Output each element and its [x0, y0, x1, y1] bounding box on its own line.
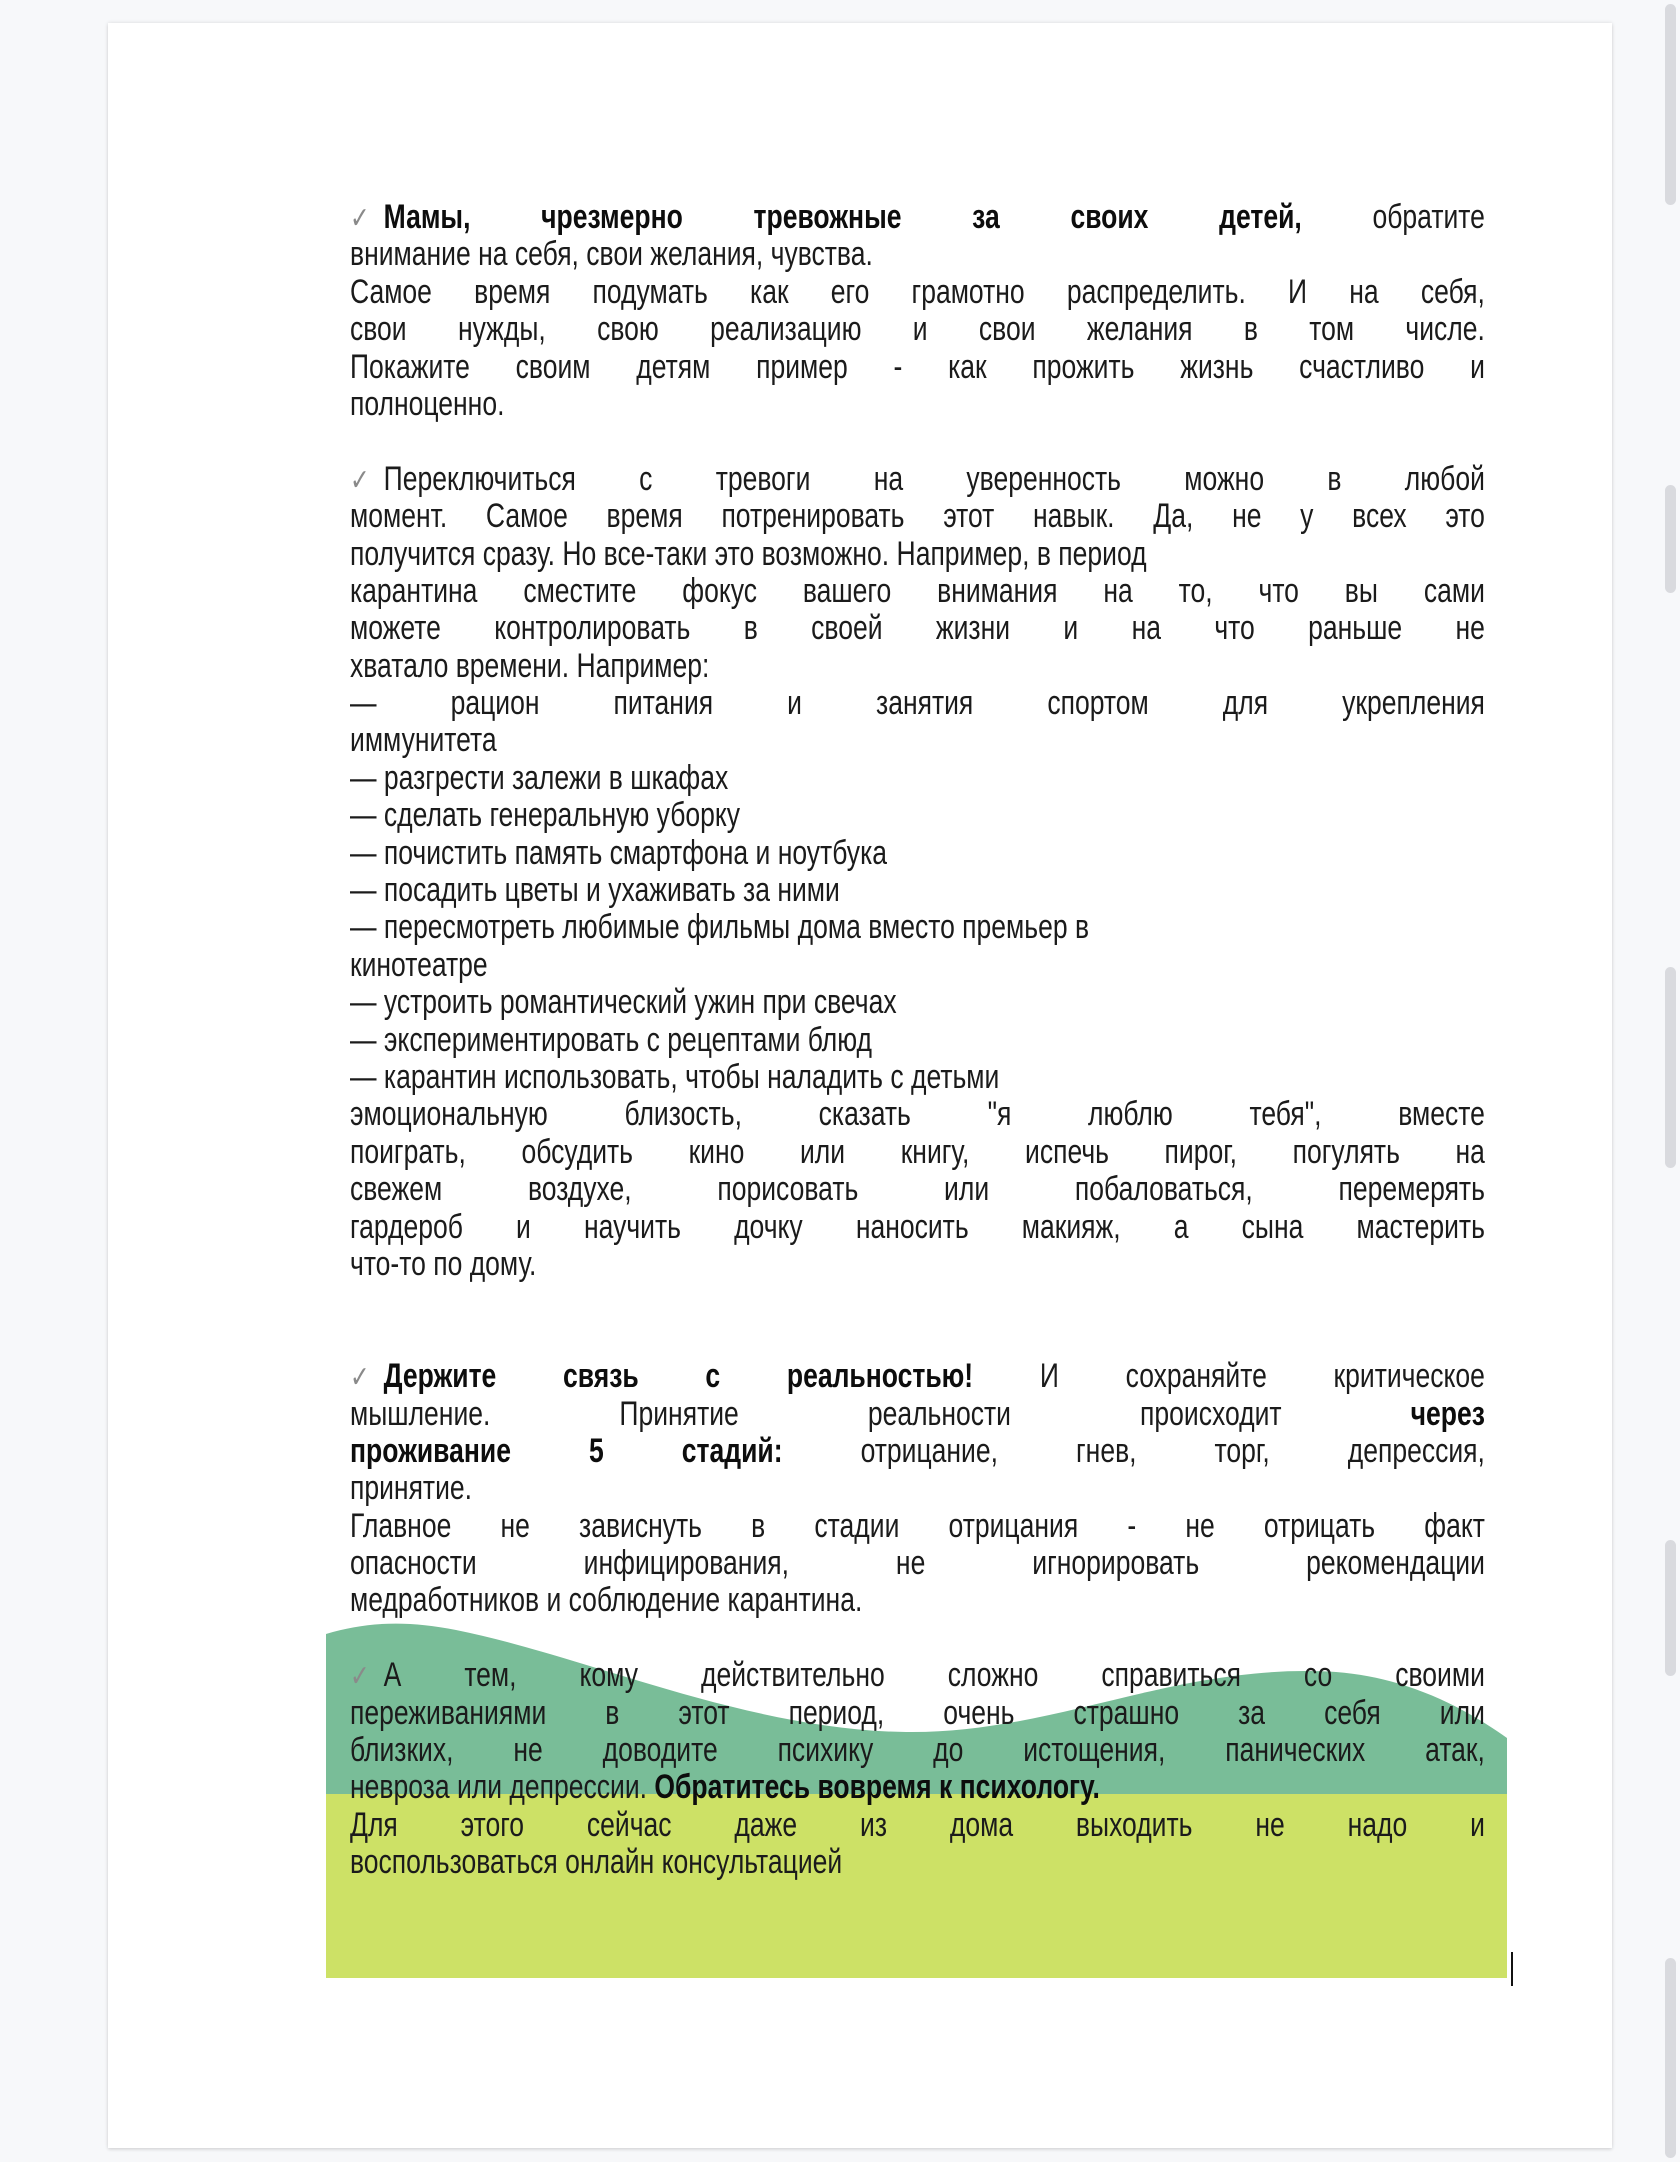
text-line: — сделать генеральную уборку	[350, 797, 1485, 834]
text-run: Покажите своим детям пример - как прожит…	[350, 349, 1485, 386]
text-run: Для этого сейчас даже из дома выходить н…	[350, 1807, 1485, 1844]
text-line: — разгрести залежи в шкафах	[350, 760, 1485, 797]
text-line: внимание на себя, свои желания, чувства.	[350, 236, 1485, 273]
text-line: мышление. Принятие реальности происходит…	[350, 1396, 1485, 1433]
text-line: Главное не зависнуть в стадии отрицания …	[350, 1508, 1485, 1545]
blank-line	[350, 1283, 1485, 1320]
text-run: карантина сместите фокус вашего внимания…	[350, 573, 1485, 610]
text-run: — устроить романтический ужин при свечах	[350, 983, 897, 1021]
text-line: ✓Переключиться с тревоги на уверенность …	[350, 461, 1485, 498]
text-run: отрицание, гнев, торг, депрессия,	[783, 1433, 1485, 1470]
text-run: внимание на себя, свои желания, чувства.	[350, 235, 873, 273]
text-cursor	[1511, 1952, 1513, 1986]
bold-text: проживание 5 стадий:	[350, 1433, 783, 1470]
text-line: воспользоваться онлайн консультацией	[350, 1844, 1485, 1881]
text-line: переживаниями в этот период, очень страш…	[350, 1695, 1485, 1732]
text-line: ✓Мамы, чрезмерно тревожные за своих дете…	[350, 199, 1485, 236]
text-line: медработников и соблюдение карантина.	[350, 1582, 1485, 1619]
text-line: свежем воздухе, порисовать или побаловат…	[350, 1171, 1485, 1208]
text-lines: ✓Мамы, чрезмерно тревожные за своих дете…	[350, 199, 1485, 1882]
text-line: кинотеатре	[350, 947, 1485, 984]
text-line: опасности инфицирования, не игнорировать…	[350, 1545, 1485, 1582]
check-mark-icon: ✓	[350, 1359, 370, 1395]
text-line: получится сразу. Но все-таки это возможн…	[350, 536, 1485, 573]
scrollbar-marker[interactable]	[1665, 967, 1676, 1168]
text-line: Покажите своим детям пример - как прожит…	[350, 349, 1485, 386]
blank-line	[350, 1321, 1485, 1358]
check-mark-icon: ✓	[350, 1658, 370, 1694]
text-line: — рацион питания и занятия спортом для у…	[350, 685, 1485, 722]
text-line: — пересмотреть любимые фильмы дома вмест…	[350, 909, 1485, 946]
scrollbar-marker[interactable]	[1665, 1958, 1676, 2158]
text-run: иммунитета	[350, 721, 497, 759]
text-run: — сделать генеральную уборку	[350, 796, 740, 834]
text-line: можете контролировать в своей жизни и на…	[350, 610, 1485, 647]
text-run: Переключиться с тревоги на уверенность м…	[384, 461, 1485, 498]
scrollbar-marker[interactable]	[1665, 1540, 1676, 1676]
text-run: медработников и соблюдение карантина.	[350, 1581, 862, 1619]
text-run: момент. Самое время потренировать этот н…	[350, 498, 1485, 535]
text-line: близких, не доводите психику до истощени…	[350, 1732, 1485, 1769]
text-line: ✓Держите связь с реальностью! И сохраняй…	[350, 1358, 1485, 1395]
bold-text: через	[1411, 1396, 1485, 1433]
text-run: — карантин использовать, чтобы наладить …	[350, 1058, 999, 1096]
text-run: Главное не зависнуть в стадии отрицания …	[350, 1508, 1485, 1545]
text-run: переживаниями в этот период, очень страш…	[350, 1695, 1485, 1732]
text-line: поиграть, обсудить кино или книгу, испеч…	[350, 1134, 1485, 1171]
text-line: ✓А тем, кому действительно сложно справи…	[350, 1657, 1485, 1694]
text-run: — почистить память смартфона и ноутбука	[350, 834, 887, 872]
text-run: опасности инфицирования, не игнорировать…	[350, 1545, 1485, 1582]
text-run: что-то по дому.	[350, 1245, 536, 1283]
text-run: А тем, кому действительно сложно справит…	[384, 1657, 1485, 1694]
text-line: гардероб и научить дочку наносить макияж…	[350, 1209, 1485, 1246]
text-line: — карантин использовать, чтобы наладить …	[350, 1059, 1485, 1096]
text-line: — экспериментировать с рецептами блюд	[350, 1022, 1485, 1059]
text-run: принятие.	[350, 1469, 472, 1507]
text-run: можете контролировать в своей жизни и на…	[350, 610, 1485, 647]
text-run: получится сразу. Но все-таки это возможн…	[350, 535, 1147, 573]
scrollbar-marker[interactable]	[1665, 485, 1676, 593]
text-line: — почистить память смартфона и ноутбука	[350, 835, 1485, 872]
text-line: карантина сместите фокус вашего внимания…	[350, 573, 1485, 610]
text-line: принятие.	[350, 1470, 1485, 1507]
text-line: проживание 5 стадий: отрицание, гнев, то…	[350, 1433, 1485, 1470]
text-run: — пересмотреть любимые фильмы дома вмест…	[350, 908, 1089, 946]
bold-text: Обратитесь вовремя к психологу.	[654, 1768, 1099, 1806]
text-run: невроза или депрессии.	[350, 1768, 654, 1806]
text-run: эмоциональную близость, сказать "я люблю…	[350, 1096, 1485, 1133]
text-run: — экспериментировать с рецептами блюд	[350, 1021, 872, 1059]
scrollbar-marker[interactable]	[1665, 4, 1676, 205]
blank-line	[350, 423, 1485, 460]
bold-text: Держите связь с реальностью!	[384, 1358, 973, 1395]
text-run: мышление. Принятие реальности происходит	[350, 1396, 1411, 1433]
text-line: Самое время подумать как его грамотно ра…	[350, 274, 1485, 311]
text-run: полноценно.	[350, 385, 504, 423]
text-run: — посадить цветы и ухаживать за ними	[350, 871, 840, 909]
text-line: — устроить романтический ужин при свечах	[350, 984, 1485, 1021]
text-run: близких, не доводите психику до истощени…	[350, 1732, 1485, 1769]
check-mark-icon: ✓	[350, 462, 370, 498]
text-run: свои нужды, свою реализацию и свои желан…	[350, 311, 1485, 348]
text-line: хватало времени. Например:	[350, 648, 1485, 685]
blank-line	[350, 1620, 1485, 1657]
text-line: иммунитета	[350, 722, 1485, 759]
text-line: полноценно.	[350, 386, 1485, 423]
text-run: И сохраняйте критическое	[973, 1358, 1485, 1395]
text-run: Самое время подумать как его грамотно ра…	[350, 274, 1485, 311]
text-line: момент. Самое время потренировать этот н…	[350, 498, 1485, 535]
text-line: — посадить цветы и ухаживать за ними	[350, 872, 1485, 909]
text-run: свежем воздухе, порисовать или побаловат…	[350, 1171, 1485, 1208]
text-run: хватало времени. Например:	[350, 647, 709, 685]
text-run: кинотеатре	[350, 946, 488, 984]
text-run: поиграть, обсудить кино или книгу, испеч…	[350, 1134, 1485, 1171]
text-run: воспользоваться онлайн консультацией	[350, 1843, 842, 1881]
text-run: обратите	[1302, 199, 1485, 236]
check-mark-icon: ✓	[350, 200, 370, 236]
text-line: эмоциональную близость, сказать "я люблю…	[350, 1096, 1485, 1133]
text-line: свои нужды, свою реализацию и свои желан…	[350, 311, 1485, 348]
text-line: невроза или депрессии. Обратитесь воврем…	[350, 1769, 1485, 1806]
text-run: — рацион питания и занятия спортом для у…	[350, 685, 1485, 722]
text-run: — разгрести залежи в шкафах	[350, 759, 728, 797]
bold-text: Мамы, чрезмерно тревожные за своих детей…	[384, 199, 1302, 236]
document-text[interactable]: ✓Мамы, чрезмерно тревожные за своих дете…	[350, 199, 1485, 1882]
text-line: Для этого сейчас даже из дома выходить н…	[350, 1807, 1485, 1844]
text-run: гардероб и научить дочку наносить макияж…	[350, 1209, 1485, 1246]
text-line: что-то по дому.	[350, 1246, 1485, 1283]
